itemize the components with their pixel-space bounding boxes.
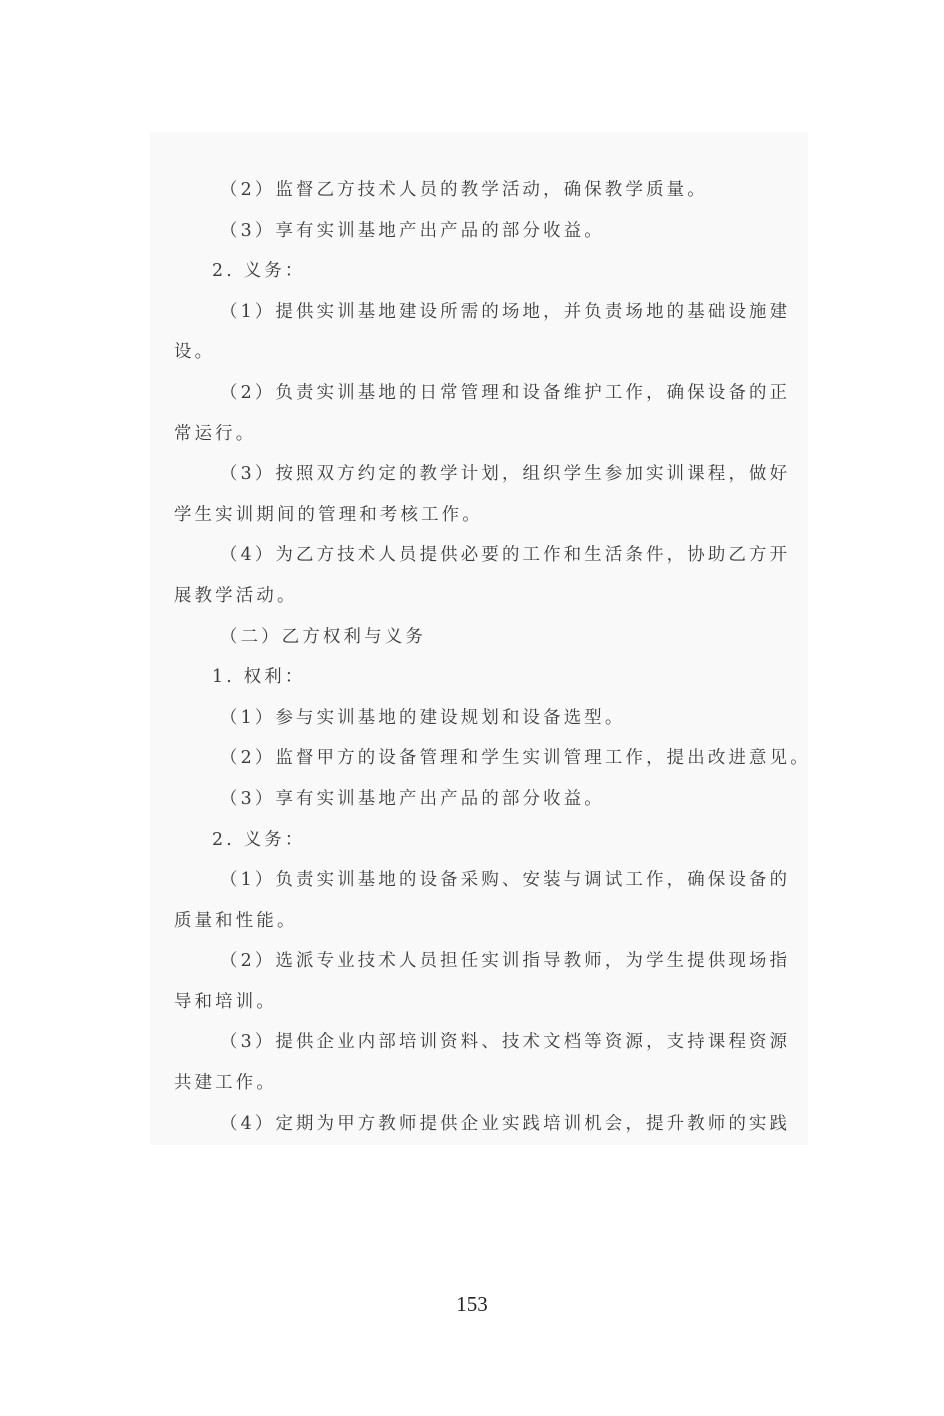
text-line-18: （1）负责实训基地的设备采购、安装与调试工作，确保设备的 [174,860,776,901]
text-line-11: 展教学活动。 [174,576,776,617]
text-line-24: （4）定期为甲方教师提供企业实践培训机会，提升教师的实践 [174,1104,776,1145]
text-line-19: 质量和性能。 [174,901,776,942]
text-line-21: 导和培训。 [174,982,776,1023]
section-heading-party-b: （二）乙方权利与义务 [174,617,776,658]
text-line-2: （3）享有实训基地产出产品的部分收益。 [174,211,776,252]
section-heading-obligations-b: 2. 义务： [174,820,776,861]
text-line-14: （1）参与实训基地的建设规划和设备选型。 [174,698,776,739]
text-line-16: （3）享有实训基地产出产品的部分收益。 [174,779,776,820]
text-line-1: （2）监督乙方技术人员的教学活动，确保教学质量。 [174,170,776,211]
text-line-23: 共建工作。 [174,1063,776,1104]
text-line-10: （4）为乙方技术人员提供必要的工作和生活条件，协助乙方开 [174,535,776,576]
text-line-9: 学生实训期间的管理和考核工作。 [174,495,776,536]
text-line-7: 常运行。 [174,414,776,455]
text-line-15: （2）监督甲方的设备管理和学生实训管理工作，提出改进意见。 [174,738,776,779]
text-line-8: （3）按照双方约定的教学计划，组织学生参加实训课程，做好 [174,454,776,495]
document-body: （2）监督乙方技术人员的教学活动，确保教学质量。 （3）享有实训基地产出产品的部… [174,170,776,1144]
page-number: 153 [0,1292,944,1317]
section-heading-rights-b: 1. 权利： [174,657,776,698]
text-line-6: （2）负责实训基地的日常管理和设备维护工作，确保设备的正 [174,373,776,414]
text-line-20: （2）选派专业技术人员担任实训指导教师，为学生提供现场指 [174,941,776,982]
text-line-4: （1）提供实训基地建设所需的场地，并负责场地的基础设施建 [174,292,776,333]
section-heading-obligations-a: 2. 义务： [174,251,776,292]
text-line-22: （3）提供企业内部培训资料、技术文档等资源，支持课程资源 [174,1022,776,1063]
text-line-5: 设。 [174,332,776,373]
